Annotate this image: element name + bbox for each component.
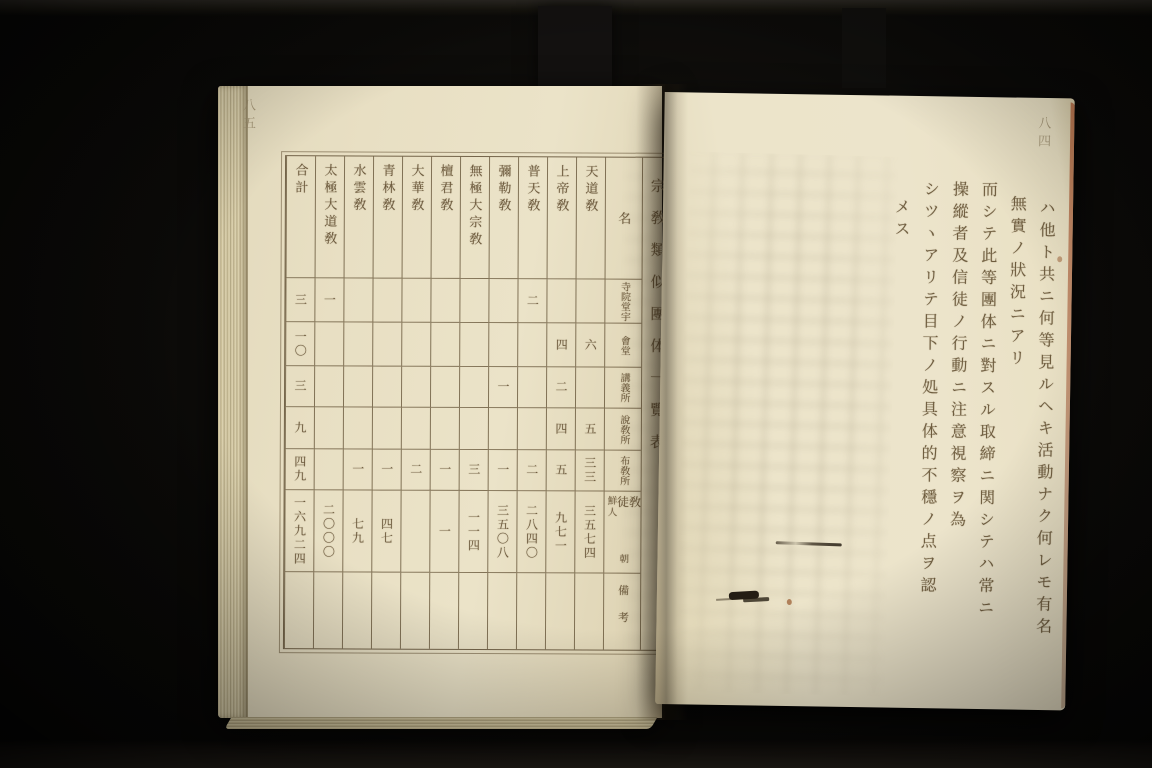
- ink-blot: [729, 591, 759, 601]
- believers-count-cell: 一: [429, 491, 458, 573]
- believers-count-cell: [400, 491, 429, 573]
- bleed-through-text: [675, 151, 899, 696]
- table-header-column: 名 寺院堂宇 會堂 講義所 說敎所 布敎所 敎徒 朝鮮人: [603, 158, 642, 650]
- remarks-cell: [400, 573, 429, 649]
- count-cell-row3: 五: [575, 408, 604, 450]
- count-cell-row1: 四: [546, 323, 575, 367]
- remarks-cell: [342, 572, 371, 648]
- count-cell-row0: [575, 279, 604, 323]
- organization-name-cell: 無極大宗敎: [460, 157, 490, 279]
- ink-scratch-mark: [776, 541, 842, 546]
- believers-count-cell: 三五〇八: [487, 491, 516, 573]
- count-cell-row4: 三三: [575, 450, 604, 491]
- believers-count-cell: 二八四〇: [516, 491, 545, 573]
- remarks-cell: [371, 573, 400, 649]
- remarks-cell: [487, 573, 516, 649]
- right-page-number: 八四: [1037, 116, 1051, 152]
- count-cell-row2: 一: [488, 367, 517, 408]
- count-cell-row2: [314, 366, 343, 407]
- count-cell-row3: [430, 408, 459, 450]
- page-stack-bottom-edge: [225, 717, 658, 729]
- book-cover-edge-right: [842, 8, 886, 88]
- count-cell-row1: [372, 323, 401, 367]
- count-cell-row4: [314, 449, 343, 490]
- organization-name-cell: 水雲敎: [344, 156, 374, 278]
- count-cell-row1: [430, 323, 459, 367]
- table-column-3: 彌勒敎一一三五〇八: [487, 157, 518, 649]
- believers-count-cell: 三五七四: [574, 491, 603, 573]
- count-cell-row4: 一: [430, 450, 459, 491]
- count-cell-row2: 三: [285, 366, 314, 407]
- right-page: 八四 ハ他ト共ニ何等見ルヘキ活動ナク何レモ有名無實ノ狀況ニアリ而シテ此等團体ニ對…: [655, 92, 1075, 710]
- handwritten-line-5: シツヽアリテ目下ノ処具体的不穩ノ点ヲ認: [916, 180, 937, 756]
- count-cell-row0: [372, 279, 401, 323]
- photo-of-open-book: 八五 合計三一〇三九四九一六九二四太極大道敎一二〇〇〇水雲敎一七九青林敎一四七大…: [0, 0, 1152, 768]
- count-cell-row2: [459, 367, 488, 408]
- count-cell-row3: [517, 408, 546, 450]
- count-cell-row3: [401, 408, 430, 450]
- organization-name-cell: 檀君敎: [431, 157, 461, 279]
- count-cell-row3: [488, 408, 517, 450]
- count-cell-row1: [488, 323, 517, 367]
- count-cell-row2: [430, 367, 459, 408]
- row-label-remarks: 備考: [603, 574, 640, 650]
- count-cell-row1: 六: [575, 323, 604, 367]
- handwritten-line-4: 操縱者及信徒ノ行動ニ注意視察ヲ為: [945, 181, 966, 757]
- book-cover-edge: [538, 6, 612, 92]
- row-label-sermon-places: 說敎所: [604, 409, 641, 451]
- count-cell-row3: [343, 407, 372, 449]
- organization-name-cell: 天道敎: [576, 157, 606, 279]
- count-cell-row2: [343, 366, 372, 407]
- count-cell-row3: [314, 407, 343, 449]
- organization-name-cell: 普天敎: [518, 157, 548, 279]
- count-cell-row4: 一: [488, 450, 517, 491]
- count-cell-row4: 五: [546, 450, 575, 491]
- count-cell-row2: [372, 367, 401, 408]
- count-cell-row0: [430, 279, 459, 323]
- ink-speck: [787, 599, 792, 605]
- table-column-5: 檀君敎一一: [429, 157, 460, 649]
- table-column-6: 大華敎二: [400, 157, 431, 649]
- left-page-number: 八五: [242, 98, 255, 134]
- row-label-lecture-places: 講義所: [604, 368, 641, 409]
- count-cell-row2: [517, 367, 546, 408]
- believers-count-cell: 七九: [342, 490, 371, 572]
- count-cell-row0: 三: [285, 278, 314, 322]
- table-column-4: 無極大宗敎三一一四: [458, 157, 489, 649]
- count-cell-row1: [517, 323, 546, 367]
- count-cell-row4: 一: [372, 450, 401, 491]
- believers-count-cell: 二〇〇〇: [313, 490, 342, 572]
- count-cell-row0: [343, 278, 372, 322]
- row-label-temples: 寺院堂宇: [604, 280, 641, 324]
- handwritten-line-2: 無實ノ狀況ニアリ: [1003, 181, 1024, 757]
- count-cell-row4: 二: [517, 450, 546, 491]
- table-column-9: 太極大道敎一二〇〇〇: [313, 156, 344, 648]
- table-column-1: 上帝敎四二四五九七一: [545, 157, 576, 649]
- remarks-cell: [429, 573, 458, 649]
- count-cell-row4: 四九: [285, 449, 314, 490]
- count-cell-row2: [401, 367, 430, 408]
- count-cell-row0: [488, 279, 517, 323]
- organization-name-cell: 上帝敎: [547, 157, 577, 279]
- organization-name-cell: 青林敎: [373, 157, 403, 279]
- table-grid: 合計三一〇三九四九一六九二四太極大道敎一二〇〇〇水雲敎一七九青林敎一四七大華敎二…: [283, 155, 671, 651]
- handwritten-line-6: メス: [887, 180, 908, 756]
- count-cell-row1: [401, 323, 430, 367]
- count-cell-row4: 三: [459, 450, 488, 491]
- row-label-mission-places: 布敎所: [604, 451, 641, 492]
- remarks-cell: [313, 572, 342, 648]
- handwritten-line-1: ハ他ト共ニ何等見ルヘキ活動ナク何レモ有名: [1032, 181, 1053, 757]
- name-header-cell: 名: [605, 158, 643, 280]
- count-cell-row3: [372, 408, 401, 450]
- remarks-cell: [458, 573, 487, 649]
- count-cell-row3: 九: [285, 407, 314, 449]
- table-column-0: 天道敎六五三三三五七四: [574, 157, 605, 649]
- count-cell-row2: [575, 367, 604, 408]
- page-red-fore-edge: [1061, 102, 1075, 708]
- remarks-cell: [516, 573, 545, 649]
- count-cell-row0: 一: [314, 278, 343, 322]
- count-cell-row4: 一: [343, 449, 372, 490]
- count-cell-row1: 一〇: [285, 322, 314, 366]
- count-cell-row1: [314, 322, 343, 366]
- remarks-cell: [284, 572, 313, 648]
- remarks-cell: [574, 573, 603, 649]
- organization-name-cell: 彌勒敎: [489, 157, 519, 279]
- row-label-believers: 敎徒 朝鮮人: [603, 492, 640, 574]
- count-cell-row3: 四: [546, 408, 575, 450]
- left-page: 八五 合計三一〇三九四九一六九二四太極大道敎一二〇〇〇水雲敎一七九青林敎一四七大…: [218, 86, 662, 718]
- table-column-10: 合計三一〇三九四九一六九二四: [284, 156, 315, 648]
- organization-name-cell: 太極大道敎: [315, 156, 345, 278]
- row-label-meeting-halls: 會堂: [604, 324, 641, 368]
- organization-name-cell: 合計: [286, 156, 316, 278]
- table-column-8: 水雲敎一七九: [342, 156, 373, 648]
- organization-name-cell: 大華敎: [402, 157, 432, 279]
- count-cell-row4: 二: [401, 450, 430, 491]
- believers-count-cell: 一六九二四: [284, 490, 313, 572]
- page-stack-fore-edge: [218, 86, 248, 718]
- remarks-cell: [545, 573, 574, 649]
- count-cell-row3: [459, 408, 488, 450]
- believers-label: 敎徒: [615, 496, 640, 534]
- count-cell-row1: [343, 322, 372, 366]
- table-column-2: 普天敎二二二八四〇: [516, 157, 547, 649]
- count-cell-row0: 二: [517, 279, 546, 323]
- rust-speck: [1057, 256, 1062, 262]
- count-cell-row2: 二: [546, 367, 575, 408]
- believers-count-cell: 九七一: [545, 491, 574, 573]
- table-column-7: 青林敎一四七: [371, 157, 402, 649]
- count-cell-row0: [546, 279, 575, 323]
- handwritten-line-3: 而シテ此等團体ニ對スル取締ニ関シテハ常ニ: [974, 181, 995, 757]
- count-cell-row1: [459, 323, 488, 367]
- count-cell-row0: [459, 279, 488, 323]
- count-cell-row0: [401, 279, 430, 323]
- handwritten-report-text: ハ他ト共ニ何等見ルヘキ活動ナク何レモ有名無實ノ狀況ニアリ而シテ此等團体ニ對スル取…: [874, 180, 1053, 757]
- believers-count-cell: 四七: [371, 491, 400, 573]
- believers-count-cell: 一一四: [458, 491, 487, 573]
- religious-organizations-table: 合計三一〇三九四九一六九二四太極大道敎一二〇〇〇水雲敎一七九青林敎一四七大華敎二…: [279, 151, 675, 655]
